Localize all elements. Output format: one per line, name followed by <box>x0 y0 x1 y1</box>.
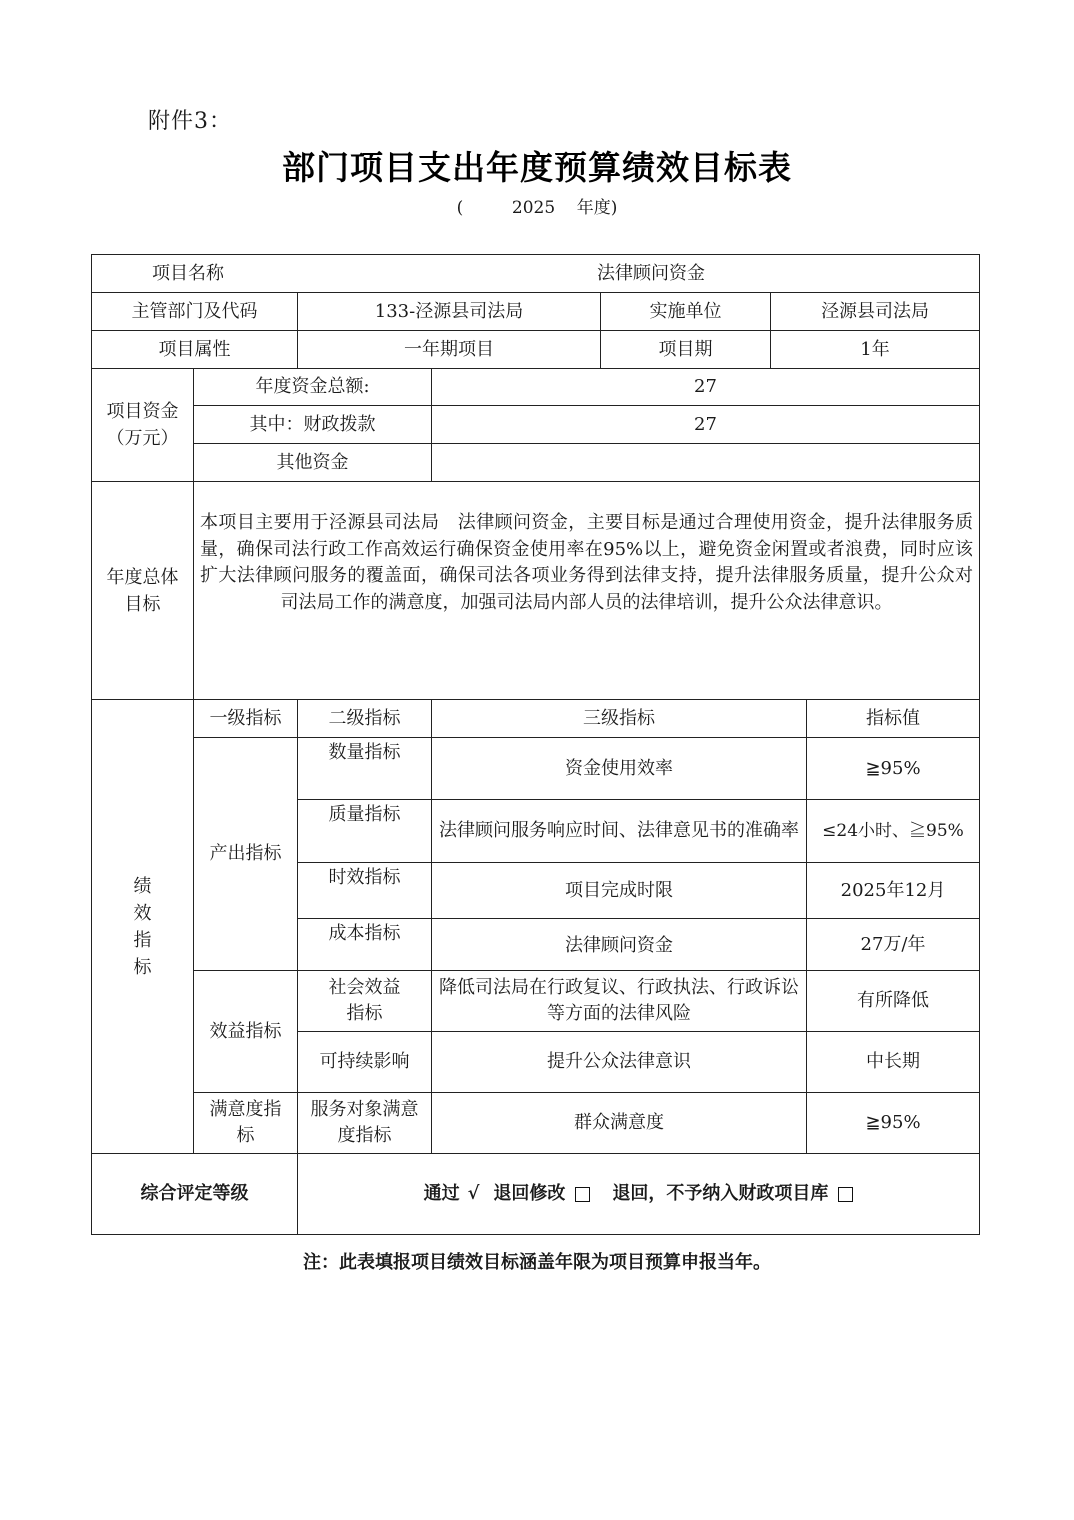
project-period-label: 项目期 <box>600 330 771 369</box>
project-name-value: 法律顾问资金 <box>597 261 705 287</box>
annual-goal-label: 年度总体 目标 <box>91 481 194 700</box>
project-period-value: 1年 <box>770 330 980 369</box>
footnote: 注：此表填报项目绩效目标涵盖年限为项目预算申报当年。 <box>0 1248 1074 1274</box>
indicators-section-label: 绩 效 指 标 <box>91 699 194 1154</box>
checkbox-return-reject[interactable] <box>838 1187 853 1202</box>
level3-cell: 群众满意度 <box>431 1092 807 1154</box>
rating-return-modify-label: 退回修改 <box>493 1181 565 1207</box>
project-attr-label: 项目属性 <box>91 330 298 369</box>
annual-total-value: 27 <box>431 368 980 406</box>
rating-label: 综合评定等级 <box>91 1153 298 1235</box>
annual-goal-text: 本项目主要用于泾源县司法局 法律顾问资金，主要目标是通过合理使用资金，提升法律服… <box>193 481 980 700</box>
indicator-value-cell: 中长期 <box>806 1031 980 1093</box>
dept-value: 133-泾源县司法局 <box>297 292 601 331</box>
level2-cell: 服务对象满意度指标 <box>297 1092 432 1154</box>
indicators-label-char: 指 <box>134 927 152 954</box>
annual-goal-label-line1: 年度总体 <box>107 564 179 591</box>
funds-label-line2: （万元） <box>107 425 179 452</box>
dept-label: 主管部门及代码 <box>91 292 298 331</box>
level2-cell: 可持续影响 <box>297 1031 432 1093</box>
other-funds-label: 其他资金 <box>193 443 432 482</box>
funds-label: 项目资金 （万元） <box>91 368 194 482</box>
indicator-value-cell: ≧95% <box>806 737 980 800</box>
project-attr-value: 一年期项目 <box>297 330 601 369</box>
rating-pass-label: 通过 <box>424 1181 460 1207</box>
annual-goal-label-line2: 目标 <box>125 591 161 618</box>
level2-cell: 社会效益指标 <box>297 970 432 1032</box>
check-icon[interactable]: √ <box>468 1181 480 1207</box>
indicator-value-cell: 有所降低 <box>806 970 980 1032</box>
checkbox-return-modify[interactable] <box>575 1187 590 1202</box>
fiscal-appropriation-value: 27 <box>431 405 980 444</box>
level2-cell: 质量指标 <box>297 799 432 863</box>
page-title: 部门项目支出年度预算绩效目标表 <box>0 142 1074 189</box>
indicators-label-char: 效 <box>134 900 152 927</box>
level1-output: 产出指标 <box>193 737 298 971</box>
header-level3: 三级指标 <box>431 699 807 738</box>
level3-cell: 法律顾问资金 <box>431 918 807 971</box>
indicator-value-cell: 2025年12月 <box>806 862 980 919</box>
level2-cell: 成本指标 <box>297 918 432 971</box>
annual-total-label: 年度资金总额: <box>193 368 432 406</box>
level2-cell: 时效指标 <box>297 862 432 919</box>
funds-label-line1: 项目资金 <box>107 398 179 425</box>
attachment-label: 附件3： <box>148 104 232 135</box>
header-level2: 二级指标 <box>297 699 432 738</box>
level1-benefit: 效益指标 <box>193 970 298 1093</box>
rating-return-reject-label: 退回，不予纳入财政项目库 <box>612 1181 828 1207</box>
budget-year: ( 2025 年度) <box>0 193 1074 218</box>
level3-cell: 降低司法局在行政复议、行政执法、行政诉讼等方面的法律风险 <box>431 970 807 1032</box>
project-name-row: 项目名称 法律顾问资金 <box>91 254 980 293</box>
indicators-label-char: 标 <box>134 954 152 981</box>
impl-unit-label: 实施单位 <box>600 292 771 331</box>
indicator-value-cell: ≧95% <box>806 1092 980 1154</box>
indicators-label-char: 绩 <box>134 873 152 900</box>
project-name-label: 项目名称 <box>152 261 224 287</box>
header-level1: 一级指标 <box>193 699 298 738</box>
indicator-value-cell: ≤24小时、≧95% <box>806 799 980 863</box>
level1-satisfaction: 满意度指标 <box>193 1092 298 1154</box>
level3-cell: 提升公众法律意识 <box>431 1031 807 1093</box>
indicator-value-cell: 27万/年 <box>806 918 980 971</box>
impl-unit-value: 泾源县司法局 <box>770 292 980 331</box>
header-value: 指标值 <box>806 699 980 738</box>
rating-options: 通过 √ 退回修改 退回，不予纳入财政项目库 <box>297 1153 980 1235</box>
level3-cell: 项目完成时限 <box>431 862 807 919</box>
other-funds-value <box>431 443 980 482</box>
level3-cell: 法律顾问服务响应时间、法律意见书的准确率 <box>431 799 807 863</box>
level2-cell: 数量指标 <box>297 737 432 800</box>
level3-cell: 资金使用效率 <box>431 737 807 800</box>
fiscal-appropriation-label: 其中：财政拨款 <box>193 405 432 444</box>
